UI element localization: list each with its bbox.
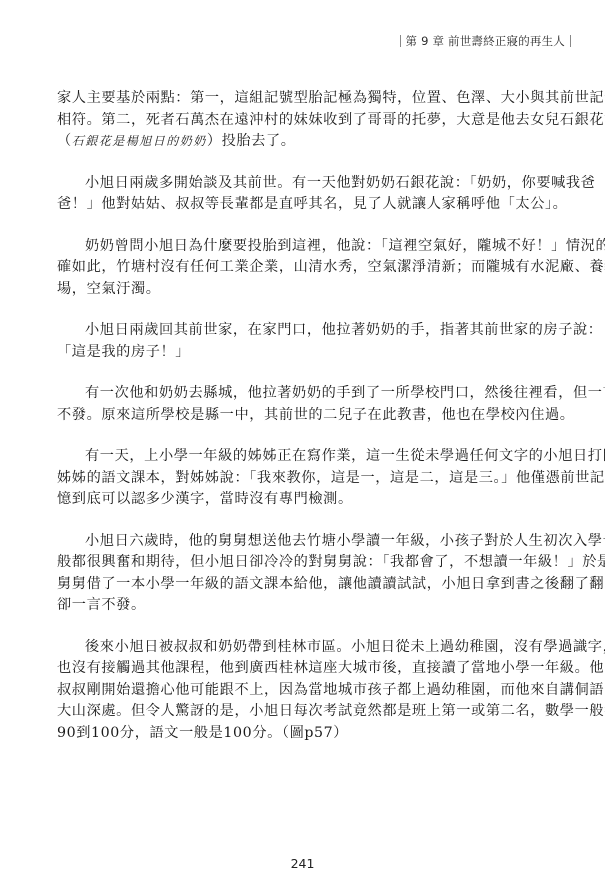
text-line: 相符。第二，死者石萬杰在遠沖村的妹妹收到了哥哥的托夢，大意是他去女兒石銀花家	[57, 110, 553, 132]
text-line: 有一天，上小學一年級的姊姊正在寫作業，這一生從未學過任何文字的小旭日打開	[57, 446, 553, 468]
text-line: 叔叔剛開始還擔心他可能跟不上，因為當地城市孩子都上過幼稚園，而他來自講侗語的	[57, 680, 553, 702]
text-line: 有一次他和奶奶去縣城，他拉著奶奶的手到了一所學校門口，然後往裡看，但一言	[57, 383, 553, 405]
header-divider-left	[400, 35, 401, 47]
text-line-with-aside: （石銀花是楊旭日的奶奶）投胎去了。	[57, 131, 553, 153]
text-line: 場，空氣汙濁。	[57, 279, 553, 301]
text-line: 奶奶曾問小旭日為什麼要投胎到這裡，他說：「這裡空氣好，隴城不好！」情況的	[57, 236, 553, 258]
text-line: 大山深處。但令人驚訝的是，小旭日每次考試竟然都是班上第一或第二名，數學一般考	[57, 701, 553, 723]
text-line: 爸！」他對姑姑、叔叔等長輩都是直呼其名，見了人就讓人家稱呼他「太公」。	[57, 194, 553, 216]
text-line: 也沒有接觸過其他課程，他到廣西桂林這座大城市後，直接讀了當地小學一年級。他的	[57, 658, 553, 680]
chapter-title: 第 9 章 前世壽終正寢的再生人	[406, 33, 565, 49]
text-line: 姊姊的語文課本，對姊姊說：「我來教你，這是一，這是二，這是三。」他僅憑前世記	[57, 468, 553, 490]
paragraph-4: 小旭日兩歲回其前世家，在家門口，他拉著奶奶的手，指著其前世家的房子說： 「這是我…	[57, 320, 553, 363]
text-line: 不發。原來這所學校是縣一中，其前世的二兒子在此教書，他也在學校內住過。	[57, 405, 553, 427]
body-text: 家人主要基於兩點：第一，這組記號型胎記極為獨特，位置、色澤、大小與其前世記號 相…	[57, 88, 553, 764]
page-number: 241	[0, 856, 605, 871]
paragraph-1: 家人主要基於兩點：第一，這組記號型胎記極為獨特，位置、色澤、大小與其前世記號 相…	[57, 88, 553, 153]
text-line: 小旭日六歲時，他的舅舅想送他去竹塘小學讀一年級，小孩子對於人生初次入學一	[57, 531, 553, 553]
paragraph-8: 後來小旭日被叔叔和奶奶帶到桂林市區。小旭日從未上過幼稚園，沒有學過識字， 也沒有…	[57, 637, 553, 745]
text-line: 後來小旭日被叔叔和奶奶帶到桂林市區。小旭日從未上過幼稚園，沒有學過識字，	[57, 637, 553, 659]
header-divider-right	[570, 35, 571, 47]
text-line: 般都很興奮和期待，但小旭日卻冷冷的對舅舅說：「我都會了，不想讀一年級！」於是	[57, 552, 553, 574]
paragraph-5: 有一次他和奶奶去縣城，他拉著奶奶的手到了一所學校門口，然後往裡看，但一言 不發。…	[57, 383, 553, 426]
paragraph-3: 奶奶曾問小旭日為什麼要投胎到這裡，他說：「這裡空氣好，隴城不好！」情況的 確如此…	[57, 236, 553, 301]
running-header: 第 9 章 前世壽終正寢的再生人	[400, 33, 571, 49]
paragraph-7: 小旭日六歲時，他的舅舅想送他去竹塘小學讀一年級，小孩子對於人生初次入學一 般都很…	[57, 531, 553, 617]
paragraph-6: 有一天，上小學一年級的姊姊正在寫作業，這一生從未學過任何文字的小旭日打開 姊姊的…	[57, 446, 553, 511]
text-line: 家人主要基於兩點：第一，這組記號型胎記極為獨特，位置、色澤、大小與其前世記號	[57, 88, 553, 110]
aside-open-paren: （	[57, 133, 72, 149]
text-line: 「這是我的房子！」	[57, 342, 553, 364]
text-line: 憶到底可以認多少漢字，當時沒有專門檢測。	[57, 489, 553, 511]
paragraph-2: 小旭日兩歲多開始談及其前世。有一天他對奶奶石銀花說：「奶奶，你要喊我爸 爸！」他…	[57, 173, 553, 216]
text-line: 小旭日兩歲多開始談及其前世。有一天他對奶奶石銀花說：「奶奶，你要喊我爸	[57, 173, 553, 195]
text-line: 90到100分，語文一般是100分。（圖p57）	[57, 723, 553, 745]
text-line: 卻一言不發。	[57, 595, 553, 617]
aside-note: 石銀花是楊旭日的奶奶	[72, 134, 207, 148]
aside-close-text: ）投胎去了。	[207, 133, 296, 149]
text-line: 舅舅借了一本小學一年級的語文課本給他，讓他讀讀試試，小旭日拿到書之後翻了翻，	[57, 574, 553, 596]
text-line: 小旭日兩歲回其前世家，在家門口，他拉著奶奶的手，指著其前世家的房子說：	[57, 320, 553, 342]
text-line: 確如此，竹塘村沒有任何工業企業，山清水秀，空氣潔淨清新；而隴城有水泥廠、養豬	[57, 257, 553, 279]
